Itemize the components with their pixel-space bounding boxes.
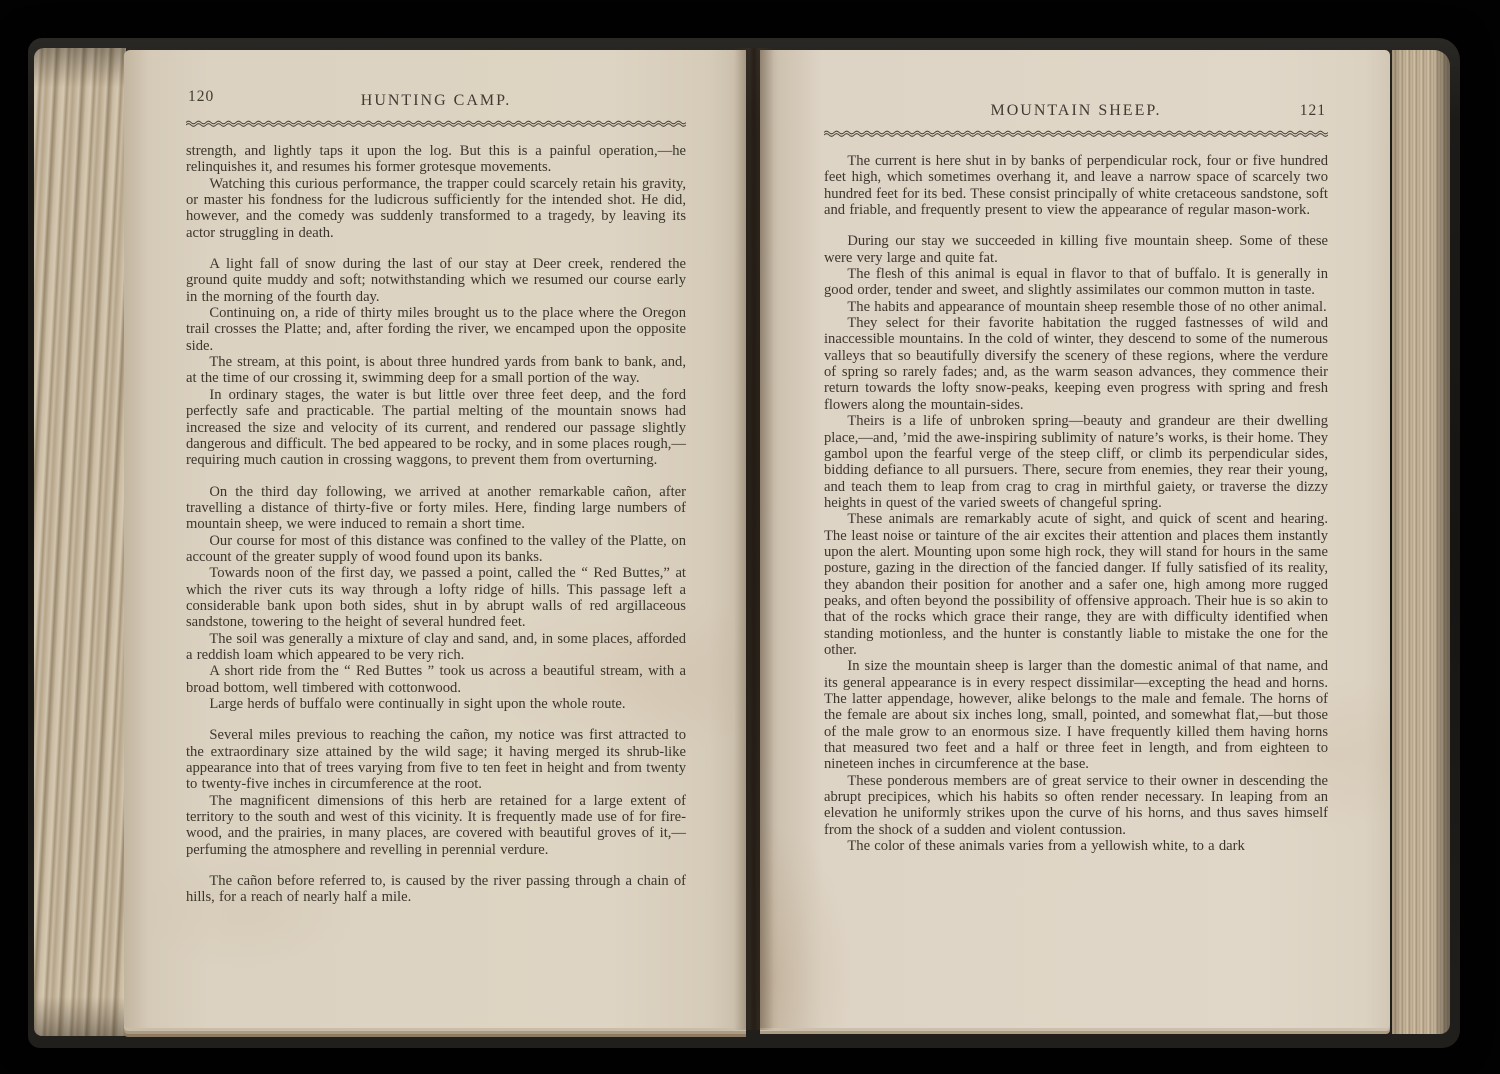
paragraph: The habits and appearance of mountain sh… (824, 299, 1328, 315)
wavy-rule-line (186, 124, 686, 127)
photograph-of-open-book: 120 HUNTING CAMP. strength, and lightly … (0, 0, 1500, 1074)
running-header-right: MOUNTAIN SHEEP. 121 (824, 102, 1328, 124)
paragraph: Continuing on, a ride of thirty miles br… (186, 305, 686, 354)
paragraph: The cañon before referred to, is caused … (186, 873, 686, 906)
paragraph: In ordinary stages, the water is but lit… (186, 387, 686, 469)
page-number-right: 121 (1300, 102, 1326, 120)
paragraph: The soil was generally a mixture of clay… (186, 631, 686, 664)
running-head-title-left: HUNTING CAMP. (186, 92, 686, 110)
paragraph: The color of these animals varies from a… (824, 838, 1328, 854)
paragraph: Large herds of buffalo were continually … (186, 696, 686, 712)
wavy-rule (824, 130, 1328, 139)
paragraph: During our stay we succeeded in killing … (824, 233, 1328, 266)
book-cover: 120 HUNTING CAMP. strength, and lightly … (28, 38, 1460, 1048)
paragraph: These animals are remarkably acute of si… (824, 511, 1328, 658)
wavy-rule-line (824, 134, 1328, 137)
paragraph: Our course for most of this distance was… (186, 533, 686, 566)
paragraph: They select for their favorite habitatio… (824, 315, 1328, 413)
left-page-stack-edges (34, 48, 126, 1036)
page-left: 120 HUNTING CAMP. strength, and lightly … (124, 50, 746, 1028)
paragraph: Theirs is a life of unbroken spring—beau… (824, 413, 1328, 511)
page-right: MOUNTAIN SHEEP. 121 The current is here … (760, 50, 1390, 1028)
right-fore-edge (1392, 50, 1450, 1034)
running-header-left: 120 HUNTING CAMP. (186, 92, 686, 114)
paragraph: The current is here shut in by banks of … (824, 153, 1328, 218)
paragraph: A short ride from the “ Red Buttes ” too… (186, 663, 686, 696)
page-left-content: 120 HUNTING CAMP. strength, and lightly … (186, 50, 686, 1028)
paragraph: On the third day following, we arrived a… (186, 484, 686, 533)
body-text-right: The current is here shut in by banks of … (824, 153, 1328, 854)
paragraph: Watching this curious performance, the t… (186, 176, 686, 241)
paragraph: In size the mountain sheep is larger tha… (824, 658, 1328, 772)
paragraph: strength, and lightly taps it upon the l… (186, 143, 686, 176)
wavy-rule (186, 120, 686, 129)
paragraph: These ponderous members are of great ser… (824, 773, 1328, 838)
wavy-rule-line (186, 121, 686, 124)
paragraph: The magnificent dimensions of this herb … (186, 793, 686, 858)
page-right-content: MOUNTAIN SHEEP. 121 The current is here … (824, 50, 1328, 1028)
paragraph: Several miles previous to reaching the c… (186, 727, 686, 792)
body-text-left: strength, and lightly taps it upon the l… (186, 143, 686, 906)
paragraph: The flesh of this animal is equal in fla… (824, 266, 1328, 299)
paragraph: Towards noon of the first day, we passed… (186, 565, 686, 630)
paragraph: A light fall of snow during the last of … (186, 256, 686, 305)
wavy-rule-line (824, 131, 1328, 134)
paragraph: The stream, at this point, is about thre… (186, 354, 686, 387)
running-head-title-right: MOUNTAIN SHEEP. (824, 102, 1328, 120)
